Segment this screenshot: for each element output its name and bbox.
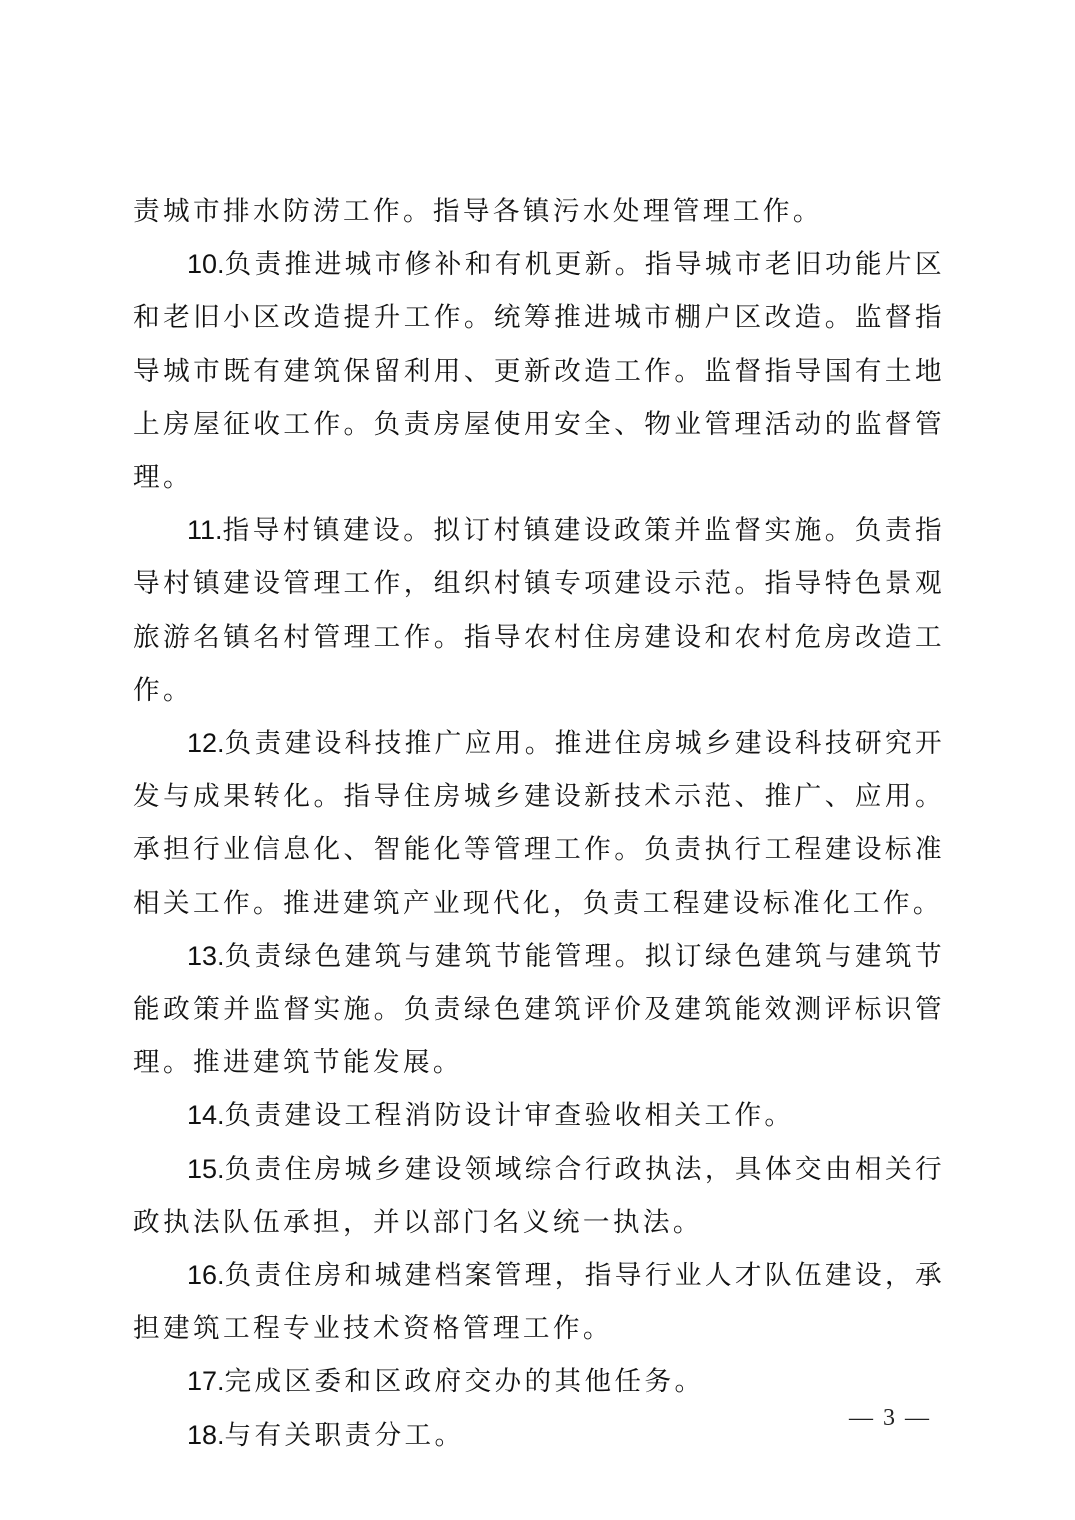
item-number: 13. [187, 941, 225, 971]
document-page: 责城市排水防涝工作。指导各镇污水处理管理工作。 10.负责推进城市修补和有机更新… [133, 185, 945, 1462]
paragraph-item-14: 14.负责建设工程消防设计审查验收相关工作。 [133, 1089, 945, 1142]
paragraph-item-13: 13.负责绿色建筑与建筑节能管理。拟订绿色建筑与建筑节能政策并监督实施。负责绿色… [133, 930, 945, 1090]
paragraph-text: 负责建设科技推广应用。推进住房城乡建设科技研究开发与成果转化。指导住房城乡建设新… [133, 728, 945, 919]
item-number: 17. [187, 1366, 225, 1396]
paragraph-continuation: 责城市排水防涝工作。指导各镇污水处理管理工作。 [133, 185, 945, 238]
item-number: 14. [187, 1100, 225, 1130]
paragraph-text: 负责住房城乡建设领域综合行政执法，具体交由相关行政执法队伍承担，并以部门名义统一… [133, 1154, 945, 1238]
item-number: 11. [187, 515, 223, 545]
paragraph-text: 负责推进城市修补和有机更新。指导城市老旧功能片区和老旧小区改造提升工作。统筹推进… [133, 249, 945, 493]
item-number: 12. [187, 728, 225, 758]
paragraph-item-11: 11.指导村镇建设。拟订村镇建设政策并监督实施。负责指导村镇建设管理工作，组织村… [133, 504, 945, 717]
paragraph-text: 负责绿色建筑与建筑节能管理。拟订绿色建筑与建筑节能政策并监督实施。负责绿色建筑评… [133, 941, 945, 1078]
paragraph-text: 负责住房和城建档案管理，指导行业人才队伍建设，承担建筑工程专业技术资格管理工作。 [133, 1260, 945, 1344]
item-number: 18. [187, 1420, 225, 1450]
paragraph-item-18: 18.与有关职责分工。 [133, 1409, 945, 1462]
item-number: 15. [187, 1154, 225, 1184]
paragraph-text: 负责建设工程消防设计审查验收相关工作。 [225, 1100, 795, 1131]
paragraph-text: 指导村镇建设。拟订村镇建设政策并监督实施。负责指导村镇建设管理工作，组织村镇专项… [133, 515, 945, 706]
paragraph-item-12: 12.负责建设科技推广应用。推进住房城乡建设科技研究开发与成果转化。指导住房城乡… [133, 717, 945, 930]
paragraph-item-10: 10.负责推进城市修补和有机更新。指导城市老旧功能片区和老旧小区改造提升工作。统… [133, 238, 945, 504]
paragraph-item-15: 15.负责住房城乡建设领域综合行政执法，具体交由相关行政执法队伍承担，并以部门名… [133, 1143, 945, 1249]
item-number: 16. [187, 1260, 225, 1290]
paragraph-text: 责城市排水防涝工作。指导各镇污水处理管理工作。 [133, 196, 823, 227]
page-number: — 3 — [835, 1405, 945, 1432]
item-number: 10. [187, 249, 225, 279]
paragraph-text: 与有关职责分工。 [225, 1420, 465, 1451]
paragraph-text: 完成区委和区政府交办的其他任务。 [225, 1366, 705, 1397]
paragraph-item-16: 16.负责住房和城建档案管理，指导行业人才队伍建设，承担建筑工程专业技术资格管理… [133, 1249, 945, 1355]
paragraph-item-17: 17.完成区委和区政府交办的其他任务。 [133, 1355, 945, 1408]
